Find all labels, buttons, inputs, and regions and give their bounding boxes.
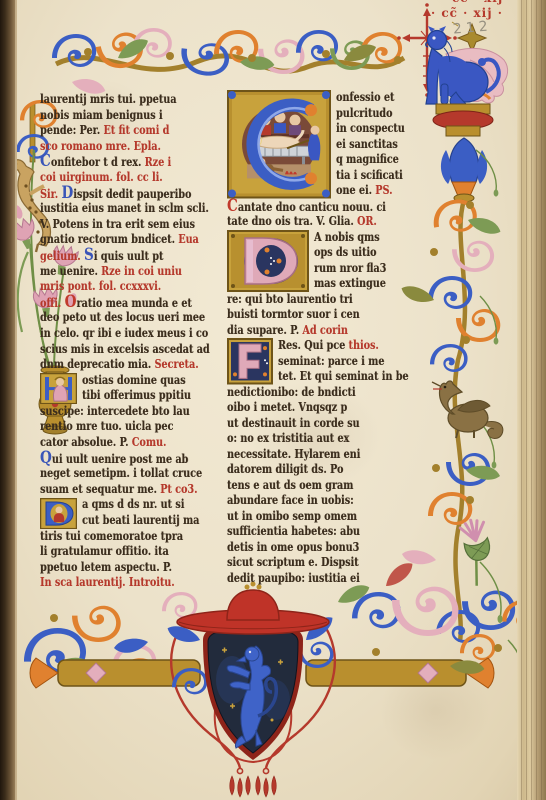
text-column-right: onfessio etpulcritudoin conspectuei sanc… [227,90,410,586]
text-line: mas extingue [227,276,410,292]
text-line: dnm deprecatio mia. Secreta. [40,357,219,373]
text-line: ostias domine quas [40,373,219,389]
text-line: A nobis qms [227,230,410,246]
thistle [459,517,499,586]
text-line: Qui uult uenire post me ab [40,451,219,467]
text-line: q magnifice [227,152,410,168]
text-line: dedit paupibo: iustitia ei [227,571,410,587]
text-line: suam et sequatur me. Pt co3. [40,482,219,498]
text-line: buisti tormtor suor i cen [227,307,410,323]
text-line: Sir. Dispsit dedit pauperibo [40,186,219,202]
text-line: one ei. PS. [227,183,410,199]
text-line: tibi offerimus ppitiu [40,388,219,404]
text-line: pende: Per. Et fit comi d [40,123,219,139]
text-line: scius mis in excelsis ascedat ad [40,342,219,358]
folio-number: · cc̃ · xij · [431,6,503,20]
text-line: sicut scriptum e. Dispsit [227,555,410,571]
text-line: cut beati laurentij ma [40,513,219,529]
text-line: deo peto ut des locus ueri mee [40,310,219,326]
blue-lion-statue [426,26,508,136]
text-line: datorem diligit ds. Po [227,462,410,478]
tassels [230,768,277,797]
text-line: tate dno ois tra. V. Glia. OR. [227,214,410,230]
text-line: a qms d ds nr. ut si [40,497,219,513]
text-line: offi. Oratio mea munda e et [40,295,219,311]
text-line: abundare face in uobis: [227,493,410,509]
text-line: dia supare. P. Ad corin [227,323,410,339]
text-line: tiris tui comemoratoe tpra [40,529,219,545]
text-line: in celo. qr ibi e iudex meus i co [40,326,219,342]
text-line: re: qui bto laurentio tri [227,292,410,308]
page-edge-lines [517,0,546,800]
text-line: ppetuo letem aspectu. P. [40,560,219,576]
text-line: rentio mre tuo. uicla pec [40,419,219,435]
text-line: pulcritudo [227,106,410,122]
galero-crown [227,590,279,620]
text-line: oibo i metet. Vnqsqz p [227,400,410,416]
text-line: in conspectu [227,121,410,137]
text-line: neget semetipm. i tollat cruce [40,466,219,482]
text-column-left: laurentij mris tui. ppetuanobis miam ben… [40,92,219,591]
text-line: Cantate dno canticu nouu. ci [227,199,410,215]
book-gutter-edge [0,0,17,800]
text-line: cator absolue. P. Comu. [40,435,219,451]
text-line: onfessio et [227,90,410,106]
text-line: Res. Qui pce thios. [227,338,410,354]
text-line: Confitebor t d rex. Rze i [40,154,219,170]
top-border-acanthus [52,28,404,99]
text-line: In sca laurentij. Introitu. [40,575,219,591]
text-line: seminat: parce i me [227,354,410,370]
text-line: iustitia eius manet in sclm scli. [40,201,219,217]
text-line: sco romano mre. Epla. [40,139,219,155]
blue-fleur [441,138,487,202]
text-line: tia i scificati [227,168,410,184]
text-line: sufficientia habetes: abu [227,524,410,540]
dragon [432,381,503,439]
text-line: necessitate. Hylarem eni [227,447,410,463]
text-line: me uenire. Rze in coi uniu [40,264,219,280]
text-line: V. Potens in tra erit sem eius [40,217,219,233]
text-line: nobis miam benignus i [40,108,219,124]
text-line: laurentij mris tui. ppetua [40,92,219,108]
text-line: ops ds uitio [227,245,410,261]
text-line: rum nror fla3 [227,261,410,277]
text-line: tet. Et qui seminat in be [227,369,410,385]
text-line: li gratulamur offitio. ita [40,544,219,560]
pencil-foliation: 212 [452,18,492,37]
text-line: o: no ex tristitia aut ex [227,431,410,447]
text-line: ut in omibo semp omem [227,509,410,525]
text-line: gelium. Si quis uult pt [40,248,219,264]
text-line: nedictionibo: de bndicti [227,385,410,401]
text-line: detis in ome opus bonu3 [227,540,410,556]
text-line: gnatio rectorum bndicet. Eua [40,232,219,248]
text-line: suscipe: intercedete bto lau [40,404,219,420]
text-line: tens e aut ds oem gram [227,478,410,494]
manuscript-page: cc̃ · xij · m · cc̃ · xij · 212 laurenti… [0,0,546,800]
text-line: ei sanctitas [227,137,410,153]
right-border-acanthus [399,138,503,660]
text-line: ut destinauit in corde su [227,416,410,432]
